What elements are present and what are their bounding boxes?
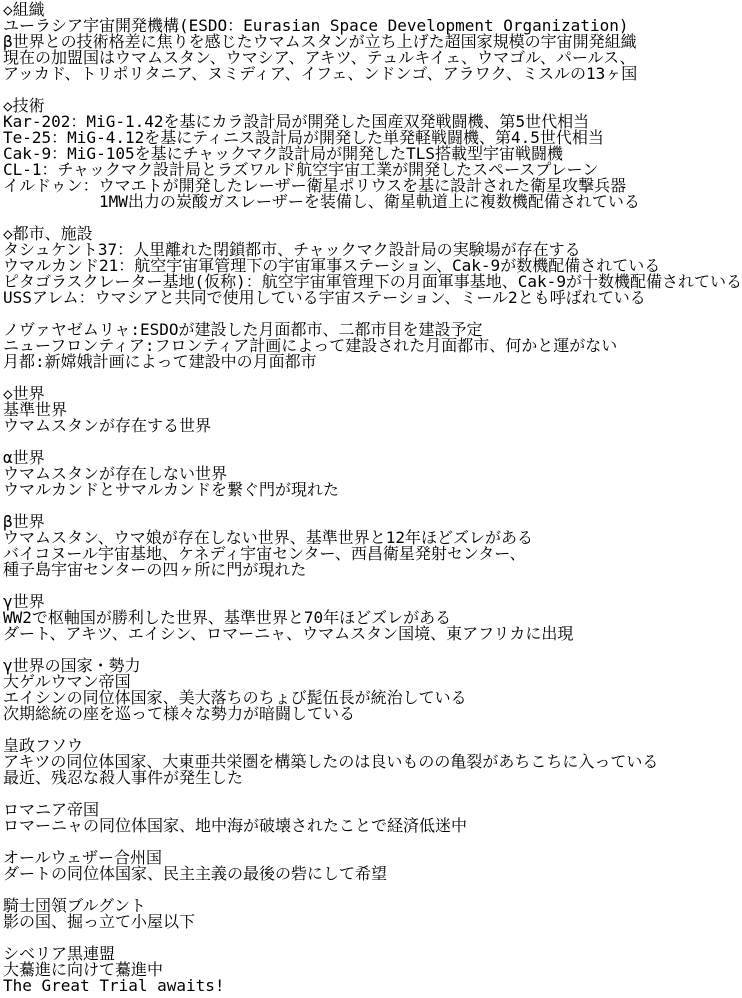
document-body: ◇組織ユーラシア宇宙開発機構(ESDO：Eurasian Space Devel… (0, 0, 742, 998)
text-line: The Great Trial awaits! (3, 978, 742, 994)
text-line: ウマルカンドとサマルカンドを繋ぐ門が現れた (3, 482, 742, 498)
section: ノヴァヤゼムリャ:ESDOが建設した月面都市、二都市目を建設予定ニューフロンティ… (3, 322, 742, 370)
section: 皇政フソウアキツの同位体国家、大東亜共栄圏を構築したのは良いものの亀裂があちこち… (3, 738, 742, 786)
section: ◇都市、施設タシュケント37：人里離れた閉鎖都市、チャックマク設計局の実験場が存… (3, 226, 742, 306)
text-line: 影の国、掘っ立て小屋以下 (3, 914, 742, 930)
text-line: ウマムスタンが存在する世界 (3, 418, 742, 434)
text-line: ダートの同位体国家、民主主義の最後の砦にして希望 (3, 866, 742, 882)
text-line: 月都:新嫦娥計画によって建設中の月面都市 (3, 354, 742, 370)
text-line: ロマーニャの同位体国家、地中海が破壊されたことで経済低迷中 (3, 818, 742, 834)
section: γ世界WW2で枢軸国が勝利した世界、基準世界と70年ほどズレがあるダート、アキツ… (3, 594, 742, 642)
section: α世界ウマムスタンが存在しない世界ウマルカンドとサマルカンドを繋ぐ門が現れた (3, 450, 742, 498)
section: ◇組織ユーラシア宇宙開発機構(ESDO：Eurasian Space Devel… (3, 2, 742, 82)
section: 騎士団領ブルグント影の国、掘っ立て小屋以下 (3, 898, 742, 930)
section: ロマニア帝国ロマーニャの同位体国家、地中海が破壊されたことで経済低迷中 (3, 802, 742, 834)
section: オールウェザー合州国ダートの同位体国家、民主主義の最後の砦にして希望 (3, 850, 742, 882)
section: シベリア黒連盟大驀進に向けて驀進中The Great Trial awaits! (3, 946, 742, 994)
section: ◇世界基準世界ウマムスタンが存在する世界 (3, 386, 742, 434)
section: ◇技術Kar-202：MiG-1.42を基にカラ設計局が開発した国産双発戦闘機、… (3, 98, 742, 210)
text-line: 種子島宇宙センターの四ヶ所に門が現れた (3, 562, 742, 578)
text-line: アッカド、トリポリタニア、ヌミディア、イフェ、ンドンゴ、アラワク、ミスルの13ヶ… (3, 66, 742, 82)
text-line: USSアレム：ウマシアと共同で使用している宇宙ステーション、ミール2とも呼ばれて… (3, 290, 742, 306)
text-line: 最近、残忍な殺人事件が発生した (3, 770, 742, 786)
text-line: 1MW出力の炭酸ガスレーザーを装備し、衛星軌道上に複数機配備されている (3, 194, 742, 210)
section: γ世界の国家・勢力大ゲルウマン帝国エイシンの同位体国家、美大落ちのちょび髭伍長が… (3, 658, 742, 722)
text-line: ダート、アキツ、エイシン、ロマーニャ、ウマムスタン国境、東アフリカに出現 (3, 626, 742, 642)
section: β世界ウマムスタン、ウマ娘が存在しない世界、基準世界と12年ほどズレがあるバイコ… (3, 514, 742, 578)
text-line: 次期総統の座を巡って様々な勢力が暗闘している (3, 706, 742, 722)
text-line: ◇世界 (3, 386, 742, 402)
